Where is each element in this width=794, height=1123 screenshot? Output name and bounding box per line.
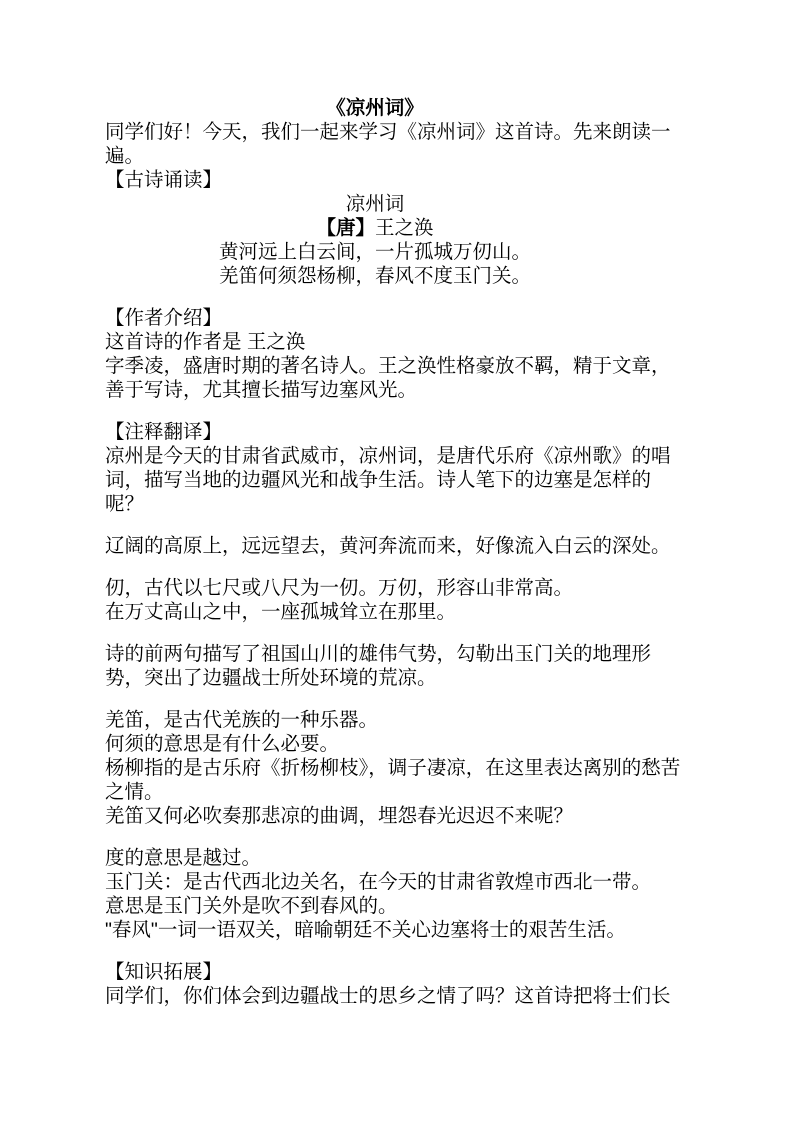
poem-author-line: 【唐】王之涣 [105, 216, 705, 240]
poem-author-dynasty: 【唐】 [316, 217, 375, 239]
blank-line [105, 624, 705, 642]
blank-line [105, 558, 705, 576]
poem-line-1: 黄河远上白云间，一片孤城万仞山。 [105, 240, 705, 264]
poem-author-name: 王之涣 [375, 217, 434, 239]
notes-paragraph-4: 在万丈高山之中，一座孤城耸立在那里。 [105, 600, 705, 624]
author-paragraph-2: 字季凌，盛唐时期的著名诗人。王之涣性格豪放不羁，精于文章， 善于写诗，尤其擅长描… [105, 354, 705, 402]
blank-line [105, 288, 705, 306]
notes-paragraph-5: 诗的前两句描写了祖国山川的雄伟气势，勾勒出玉门关的地理形 势，突出了边疆战士所处… [105, 642, 705, 690]
section-heading-author: 【作者介绍】 [105, 306, 705, 330]
poem-title: 凉州词 [105, 192, 705, 216]
notes-paragraph-8: 杨柳指的是古乐府《折杨柳枝》，调子凄凉，在这里表达离别的愁苦 之情。 [105, 756, 705, 804]
notes-paragraph-9: 羌笛又何必吹奏那悲凉的曲调，埋怨春光迟迟不来呢？ [105, 804, 705, 828]
notes-paragraph-13: "春风"一词一语双关，暗喻朝廷不关心边塞将士的艰苦生活。 [105, 918, 705, 942]
blank-line [105, 402, 705, 420]
poem-line-2: 羌笛何须怨杨柳，春风不度玉门关。 [105, 264, 705, 288]
blank-line [105, 690, 705, 708]
blank-line [105, 828, 705, 846]
document-title: 《凉州词》 [105, 96, 705, 120]
section-heading-recite: 【古诗诵读】 [105, 168, 705, 192]
document-content: 《凉州词》 同学们好！今天，我们一起来学习《凉州词》这首诗。先来朗读一 遍。 【… [105, 96, 705, 1008]
blank-line [105, 516, 705, 534]
notes-paragraph-2: 辽阔的高原上，远远望去，黄河奔流而来，好像流入白云的深处。 [105, 534, 705, 558]
notes-paragraph-12: 意思是玉门关外是吹不到春风的。 [105, 894, 705, 918]
intro-paragraph: 同学们好！今天，我们一起来学习《凉州词》这首诗。先来朗读一 遍。 [105, 120, 705, 168]
notes-paragraph-3: 仞，古代以七尺或八尺为一仞。万仞，形容山非常高。 [105, 576, 705, 600]
section-heading-extend: 【知识拓展】 [105, 960, 705, 984]
section-heading-notes: 【注释翻译】 [105, 420, 705, 444]
extend-paragraph-1: 同学们，你们体会到边疆战士的思乡之情了吗？这首诗把将士们长 [105, 984, 705, 1008]
blank-line [105, 942, 705, 960]
document-page: 《凉州词》 同学们好！今天，我们一起来学习《凉州词》这首诗。先来朗读一 遍。 【… [0, 0, 794, 1123]
notes-paragraph-7: 何须的意思是有什么必要。 [105, 732, 705, 756]
notes-paragraph-1: 凉州是今天的甘肃省武威市，凉州词，是唐代乐府《凉州歌》的唱 词，描写当地的边疆风… [105, 444, 705, 516]
author-paragraph-1: 这首诗的作者是 王之涣 [105, 330, 705, 354]
notes-paragraph-6: 羌笛，是古代羌族的一种乐器。 [105, 708, 705, 732]
notes-paragraph-11: 玉门关：是古代西北边关名，在今天的甘肃省敦煌市西北一带。 [105, 870, 705, 894]
notes-paragraph-10: 度的意思是越过。 [105, 846, 705, 870]
